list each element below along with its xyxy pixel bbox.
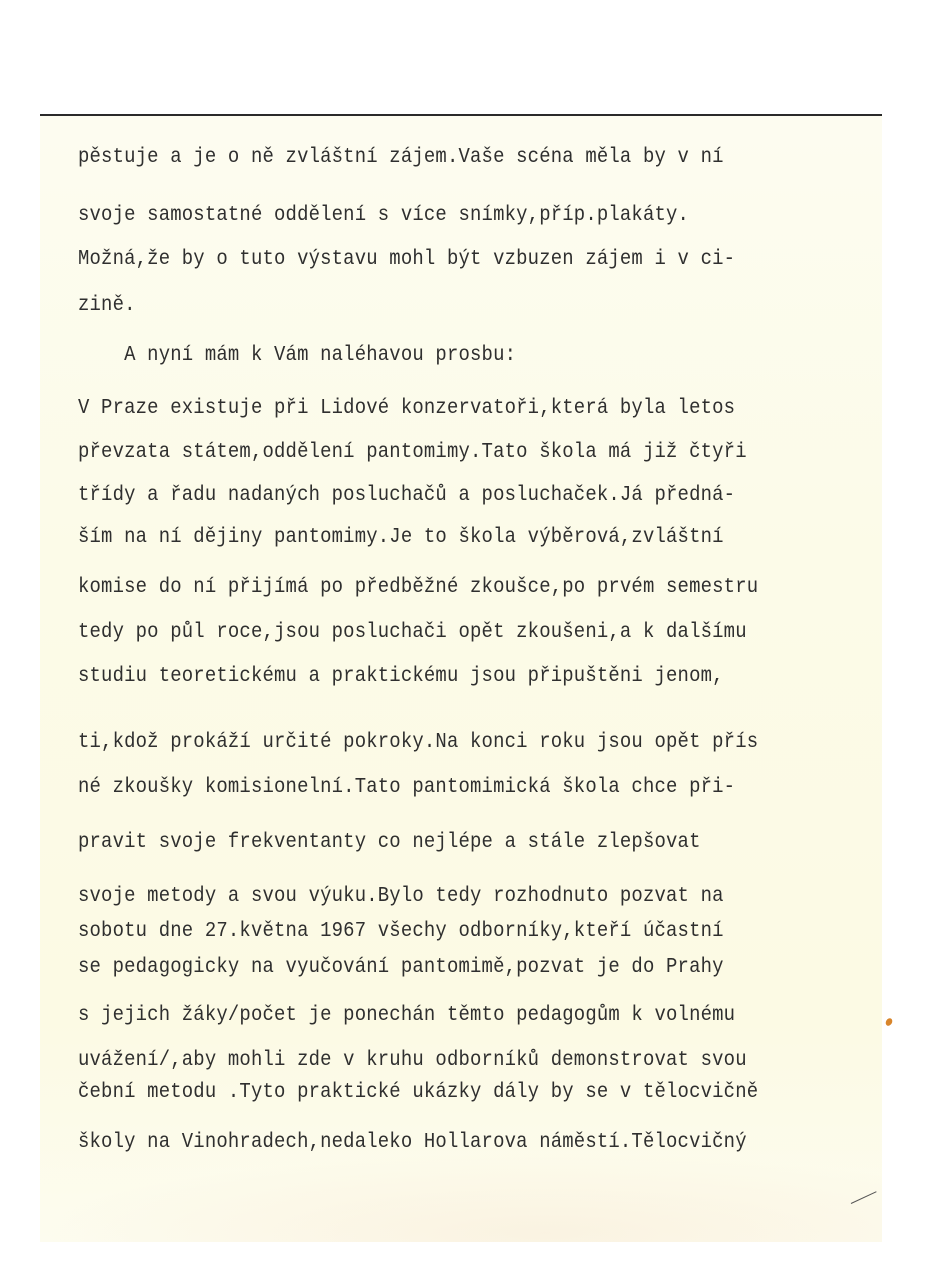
text-line: pěstuje a je o ně zvláštní zájem.Vaše sc…: [78, 145, 724, 169]
text-line: tedy po půl roce,jsou posluchači opět zk…: [78, 620, 747, 644]
text-line: né zkoušky komisionelní.Tato pantomimick…: [78, 775, 735, 799]
text-line: zině.: [78, 293, 136, 317]
text-line: A nyní mám k Vám naléhavou prosbu:: [78, 343, 516, 367]
text-line: komise do ní přijímá po předběžné zkoušc…: [78, 575, 758, 599]
text-line: sobotu dne 27.května 1967 všechy odborní…: [78, 919, 724, 943]
text-line: V Praze existuje při Lidové konzervatoři…: [78, 396, 735, 420]
text-line: ti,kdož prokáží určité pokroky.Na konci …: [78, 730, 758, 754]
text-line: čební metodu .Tyto praktické ukázky dály…: [78, 1080, 758, 1104]
text-line: studiu teoretickému a praktickému jsou p…: [78, 664, 724, 688]
text-line: se pedagogicky na vyučování pantomimě,po…: [78, 955, 724, 979]
text-line: Možná,že by o tuto výstavu mohl být vzbu…: [78, 247, 735, 271]
text-line: třídy a řadu nadaných posluchačů a poslu…: [78, 483, 735, 507]
text-line: pravit svoje frekventanty co nejlépe a s…: [78, 830, 701, 854]
text-line: svoje metody a svou výuku.Bylo tedy rozh…: [78, 884, 724, 908]
ink-spot: [884, 1017, 893, 1027]
text-line: svoje samostatné oddělení s více snímky,…: [78, 203, 689, 227]
text-line: školy na Vinohradech,nedaleko Hollarova …: [78, 1130, 747, 1154]
text-line: převzata státem,oddělení pantomimy.Tato …: [78, 440, 747, 464]
paper-stain: [40, 1152, 882, 1242]
text-line: uvážení/,aby mohli zde v kruhu odborníků…: [78, 1048, 747, 1072]
text-line: ším na ní dějiny pantomimy.Je to škola v…: [78, 525, 724, 549]
text-line: s jejich žáky/počet je ponechán těmto pe…: [78, 1003, 735, 1027]
